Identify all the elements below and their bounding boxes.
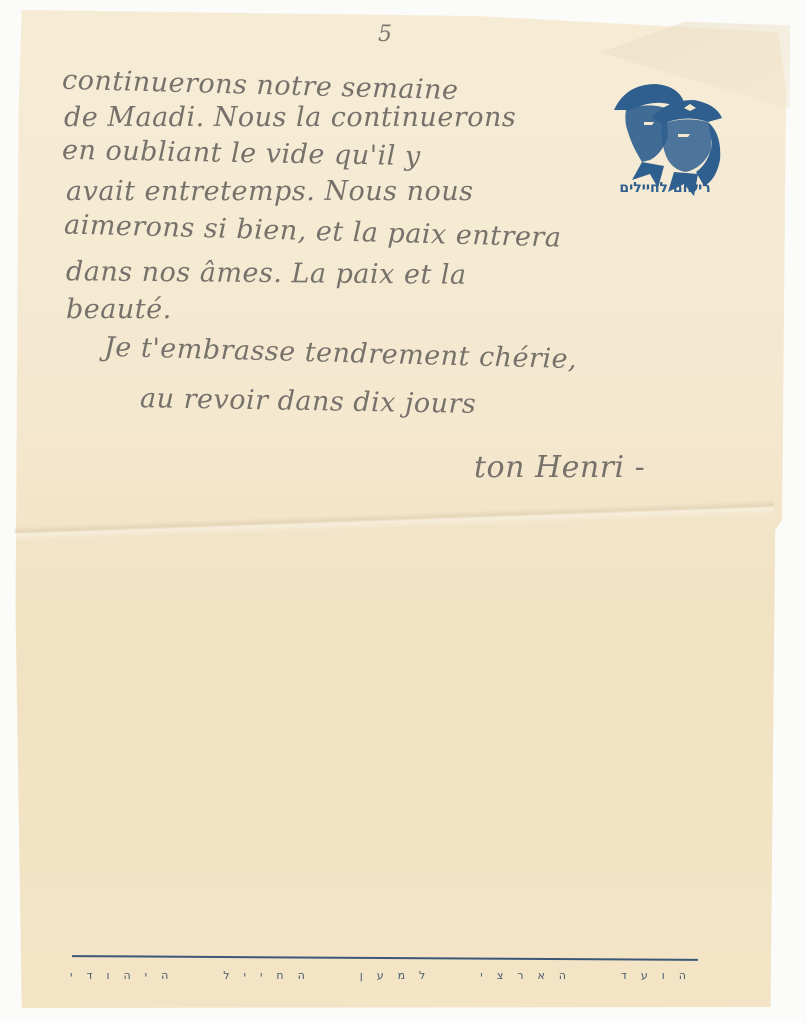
letterhead-caption: רישום לחיילים [603, 180, 727, 196]
page-number: 5 [378, 22, 392, 47]
body-line: beauté. [66, 294, 172, 325]
body-line: de Maadi. Nous la continuerons [64, 102, 516, 133]
paper-fold-crease [14, 500, 774, 540]
body-line: dans nos âmes. La paix et la [66, 256, 467, 290]
body-line: en oubliant le vide qu'il y [62, 135, 421, 172]
signature: ton Henri - [474, 450, 645, 485]
footer-organization: הועד הארצי למען החייל היהודי [70, 969, 700, 982]
body-line: avait entretemps. Nous nous [66, 176, 473, 207]
closing-line: au revoir dans dix jours [140, 383, 477, 420]
